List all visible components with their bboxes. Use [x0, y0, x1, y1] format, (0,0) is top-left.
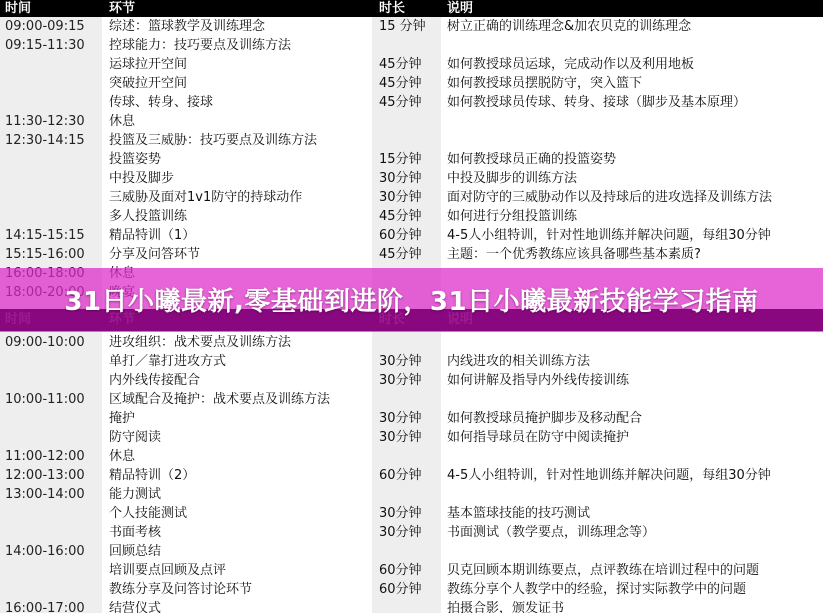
time-cell: 16:00-17:00 [5, 599, 85, 613]
duration-cell: 30分钟 [379, 409, 422, 428]
section-cell: 中投及脚步 [109, 169, 174, 188]
section-cell: 进攻组织：战术要点及训练方法 [109, 333, 291, 352]
duration-cell: 45分钟 [379, 245, 422, 264]
table-row: 09:00-09:15综述：篮球教学及训练理念15 分钟树立正确的训练理念&加农… [0, 17, 823, 36]
table-row: 09:15-11:30控球能力：技巧要点及训练方法 [0, 36, 823, 55]
header-time: 时间 [5, 0, 31, 17]
section-cell: 掩护 [109, 409, 135, 428]
section-cell: 休息 [109, 447, 135, 466]
section-cell: 能力测试 [109, 485, 161, 504]
duration-cell: 60分钟 [379, 561, 422, 580]
section-cell: 回顾总结 [109, 542, 161, 561]
section-cell: 三威胁及面对1v1防守的持球动作 [109, 188, 302, 207]
table-row: 单打／靠打进攻方式30分钟内线进攻的相关训练方法 [0, 352, 823, 371]
table-row: 教练分享及问答讨论环节60分钟教练分享个人教学中的经验，探讨实际教学中的问题 [0, 580, 823, 599]
section-cell: 运球拉开空间 [109, 55, 187, 74]
table-row: 13:00-14:00能力测试 [0, 485, 823, 504]
section-cell: 控球能力：技巧要点及训练方法 [109, 36, 291, 55]
banner-title: 31日小曦最新,零基础到进阶，31日小曦最新技能学习指南 [0, 282, 823, 322]
description-cell: 如何讲解及指导内外线传接训练 [447, 371, 629, 390]
duration-cell: 15分钟 [379, 150, 422, 169]
table-row: 三威胁及面对1v1防守的持球动作30分钟面对防守的三威胁动作以及持球后的进攻选择… [0, 188, 823, 207]
duration-cell: 45分钟 [379, 207, 422, 226]
description-cell: 如何进行分组投篮训练 [447, 207, 577, 226]
section-cell: 防守阅读 [109, 428, 161, 447]
time-cell: 14:00-16:00 [5, 542, 85, 561]
table-row: 11:30-12:30休息 [0, 112, 823, 131]
section-cell: 单打／靠打进攻方式 [109, 352, 226, 371]
table-row: 培训要点回顾及点评60分钟贝克回顾本期训练要点，点评教练在培训过程中的问题 [0, 561, 823, 580]
duration-cell: 15 分钟 [379, 17, 426, 36]
duration-cell: 30分钟 [379, 428, 422, 447]
section-cell: 投篮姿势 [109, 150, 161, 169]
section-cell: 多人投篮训练 [109, 207, 187, 226]
table-row: 多人投篮训练45分钟如何进行分组投篮训练 [0, 207, 823, 226]
section-cell: 投篮及三威胁：技巧要点及训练方法 [109, 131, 317, 150]
table-row: 防守阅读30分钟如何指导球员在防守中阅读掩护 [0, 428, 823, 447]
description-cell: 基本篮球技能的技巧测试 [447, 504, 590, 523]
table-row: 中投及脚步30分钟中投及脚步的训练方法 [0, 169, 823, 188]
time-cell: 09:00-10:00 [5, 333, 85, 352]
section-cell: 书面考核 [109, 523, 161, 542]
table-row: 书面考核30分钟书面测试（教学要点，训练理念等） [0, 523, 823, 542]
description-cell: 教练分享个人教学中的经验，探讨实际教学中的问题 [447, 580, 746, 599]
duration-cell: 45分钟 [379, 93, 422, 112]
table-row: 12:00-13:00精品特训（2）60分钟4-5人小组特训，针对性地训练并解决… [0, 466, 823, 485]
time-cell: 15:15-16:00 [5, 245, 85, 264]
table-row: 10:00-11:00区域配合及掩护：战术要点及训练方法 [0, 390, 823, 409]
section-cell: 区域配合及掩护：战术要点及训练方法 [109, 390, 330, 409]
section-cell: 培训要点回顾及点评 [109, 561, 226, 580]
header-description: 说明 [447, 0, 473, 17]
section-cell: 个人技能测试 [109, 504, 187, 523]
time-cell: 09:00-09:15 [5, 17, 85, 36]
table-row: 14:15-15:15精品特训（1）60分钟4-5人小组特训，针对性地训练并解决… [0, 226, 823, 245]
description-cell: 如何教授球员摆脱防守，突入篮下 [447, 74, 642, 93]
section-cell: 精品特训（2） [109, 466, 195, 485]
description-cell: 内线进攻的相关训练方法 [447, 352, 590, 371]
section-cell: 教练分享及问答讨论环节 [109, 580, 252, 599]
description-cell: 如何教授球员传球、转身、接球（脚步及基本原理） [447, 93, 746, 112]
duration-cell: 60分钟 [379, 226, 422, 245]
table-row: 16:00-17:00结营仪式拍摄合影，颁发证书 [0, 599, 823, 613]
description-cell: 4-5人小组特训，针对性地训练并解决问题，每组30分钟 [447, 226, 771, 245]
time-cell: 12:00-13:00 [5, 466, 85, 485]
table-row: 投篮姿势15分钟如何教授球员正确的投篮姿势 [0, 150, 823, 169]
description-cell: 书面测试（教学要点，训练理念等） [447, 523, 655, 542]
section-cell: 结营仪式 [109, 599, 161, 613]
table-row: 12:30-14:15投篮及三威胁：技巧要点及训练方法 [0, 131, 823, 150]
duration-cell: 30分钟 [379, 352, 422, 371]
duration-cell: 60分钟 [379, 580, 422, 599]
duration-cell: 30分钟 [379, 169, 422, 188]
table-row: 09:00-10:00进攻组织：战术要点及训练方法 [0, 333, 823, 352]
description-cell: 4-5人小组特训，针对性地训练并解决问题，每组30分钟 [447, 466, 771, 485]
duration-cell: 45分钟 [379, 74, 422, 93]
time-cell: 10:00-11:00 [5, 390, 85, 409]
duration-cell: 30分钟 [379, 504, 422, 523]
description-cell: 如何教授球员正确的投篮姿势 [447, 150, 616, 169]
header-duration: 时长 [379, 0, 405, 17]
description-cell: 面对防守的三威胁动作以及持球后的进攻选择及训练方法 [447, 188, 772, 207]
duration-cell: 30分钟 [379, 188, 422, 207]
table-row: 个人技能测试30分钟基本篮球技能的技巧测试 [0, 504, 823, 523]
duration-cell: 60分钟 [379, 466, 422, 485]
duration-cell: 30分钟 [379, 523, 422, 542]
time-cell: 11:00-12:00 [5, 447, 85, 466]
table-row: 11:00-12:00休息 [0, 447, 823, 466]
duration-cell: 30分钟 [379, 371, 422, 390]
description-cell: 贝克回顾本期训练要点，点评教练在培训过程中的问题 [447, 561, 759, 580]
time-cell: 14:15-15:15 [5, 226, 85, 245]
section-cell: 分享及问答环节 [109, 245, 200, 264]
time-cell: 12:30-14:15 [5, 131, 85, 150]
section-cell: 内外线传接配合 [109, 371, 200, 390]
description-cell: 主题：一个优秀教练应该具备哪些基本素质? [447, 245, 701, 264]
header-section: 环节 [109, 0, 135, 17]
description-cell: 拍摄合影，颁发证书 [447, 599, 564, 613]
table-row: 15:15-16:00分享及问答环节45分钟主题：一个优秀教练应该具备哪些基本素… [0, 245, 823, 264]
section-cell: 休息 [109, 112, 135, 131]
section-cell: 传球、转身、接球 [109, 93, 213, 112]
description-cell: 如何指导球员在防守中阅读掩护 [447, 428, 629, 447]
description-cell: 中投及脚步的训练方法 [447, 169, 577, 188]
table-header: 时间 环节 时长 说明 [0, 0, 823, 17]
time-cell: 09:15-11:30 [5, 36, 85, 55]
description-cell: 树立正确的训练理念&加农贝克的训练理念 [447, 17, 691, 36]
description-cell: 如何教授球员运球，完成动作以及利用地板 [447, 55, 694, 74]
duration-cell: 45分钟 [379, 55, 422, 74]
table-row: 传球、转身、接球45分钟如何教授球员传球、转身、接球（脚步及基本原理） [0, 93, 823, 112]
table-row: 内外线传接配合30分钟如何讲解及指导内外线传接训练 [0, 371, 823, 390]
table-row: 运球拉开空间45分钟如何教授球员运球，完成动作以及利用地板 [0, 55, 823, 74]
table-row: 14:00-16:00回顾总结 [0, 542, 823, 561]
table-row: 突破拉开空间45分钟如何教授球员摆脱防守，突入篮下 [0, 74, 823, 93]
time-cell: 13:00-14:00 [5, 485, 85, 504]
table-row: 掩护30分钟如何教授球员掩护脚步及移动配合 [0, 409, 823, 428]
section-cell: 精品特训（1） [109, 226, 195, 245]
section-cell: 综述：篮球教学及训练理念 [109, 17, 265, 36]
section-cell: 突破拉开空间 [109, 74, 187, 93]
description-cell: 如何教授球员掩护脚步及移动配合 [447, 409, 642, 428]
time-cell: 11:30-12:30 [5, 112, 85, 131]
